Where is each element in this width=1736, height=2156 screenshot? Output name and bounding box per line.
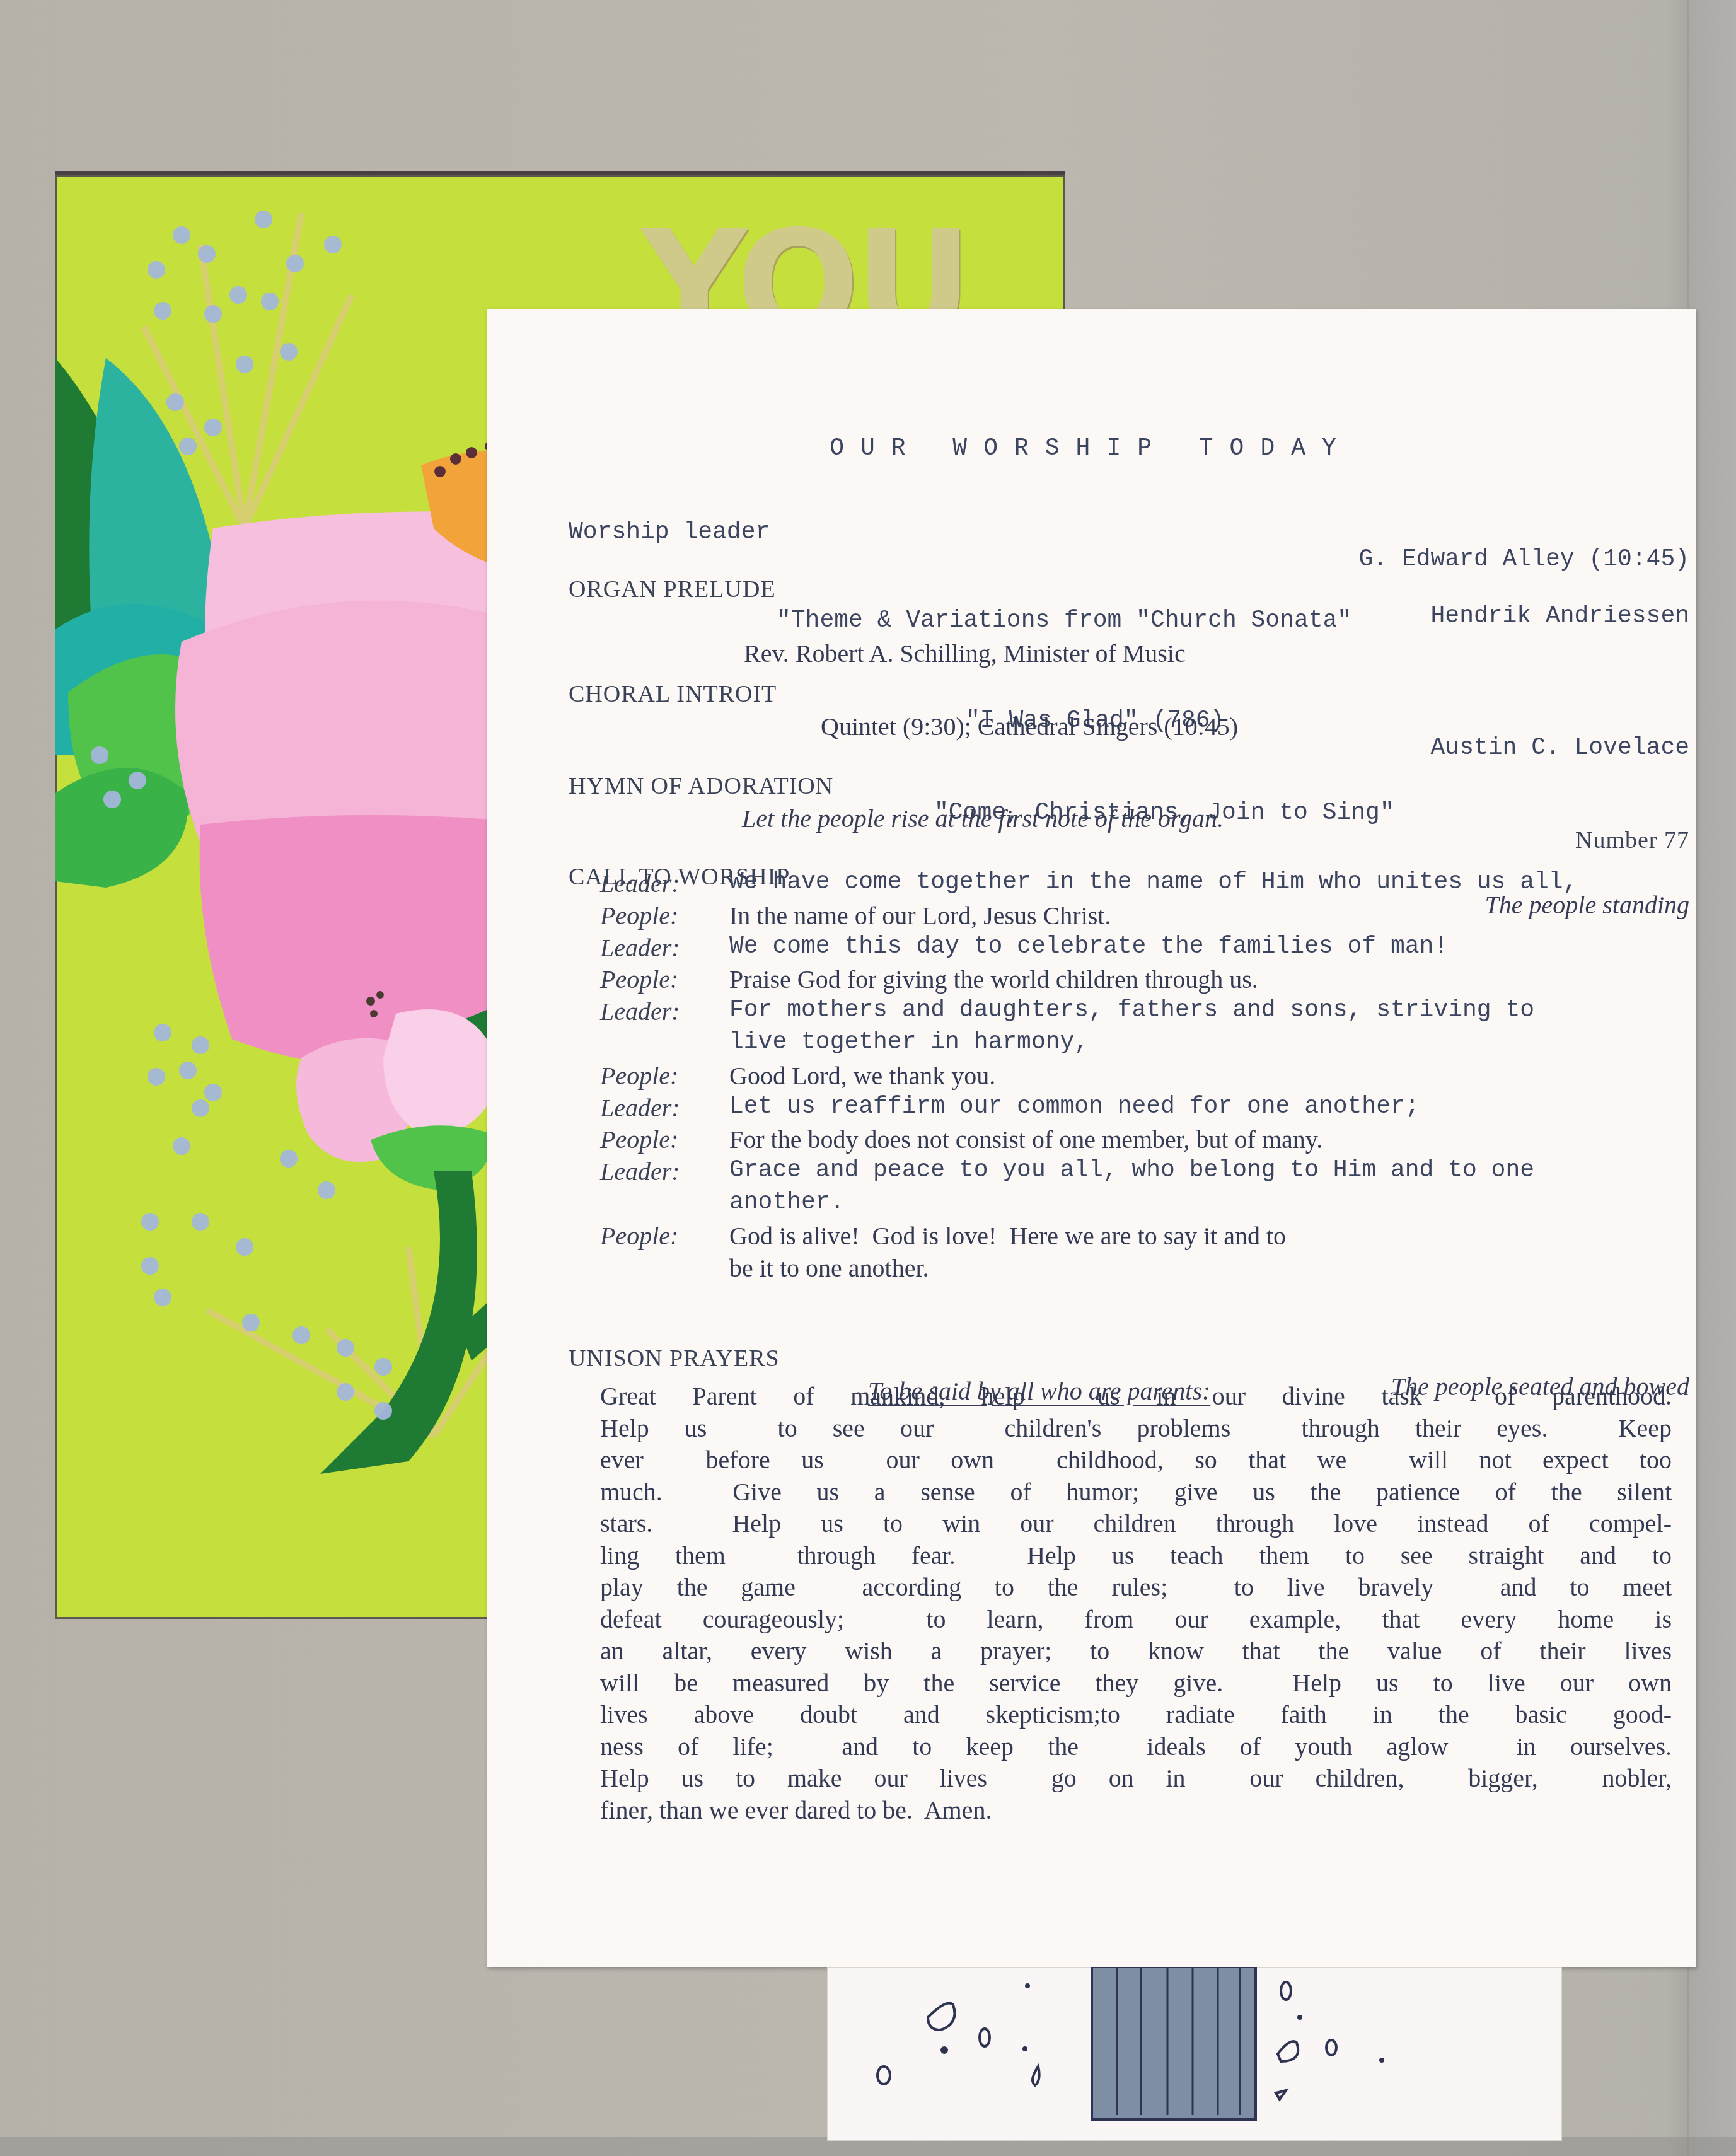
prayer-line: will be measured by the service they giv… [600,1667,1672,1700]
speaker-label: People: [600,1221,678,1251]
responsive-reading-text: We come this day to celebrate the famili… [729,933,1448,960]
prayer-line: ness of life; and to keep the ideals of … [600,1731,1672,1763]
speaker-label: People: [600,1061,678,1091]
responsive-reading-text: Good Lord, we thank you. [729,1061,995,1091]
prayer-line: much. Give us a sense of humor; give us … [600,1476,1672,1509]
prayer-line: lives above doubt and skepticism;to radi… [600,1699,1672,1731]
choral-introit-performers: Quintet (9:30); Cathedral Singers (10:45… [821,712,1238,741]
responsive-reading-text: Grace and peace to you all, who belong t… [729,1157,1534,1184]
responsive-reading-text: God is alive! God is love! Here we are t… [729,1221,1286,1251]
prayer-line: stars. Help us to win our children throu… [600,1508,1672,1540]
speaker-label: Leader: [600,1157,680,1186]
responsive-reading-text: Let us reaffirm our common need for one … [729,1093,1420,1120]
prayer-line: Help us to make our lives go on in our c… [600,1763,1672,1795]
responsive-reading-text: another. [729,1189,844,1216]
prayer-line: ling them through fear. Help us teach th… [600,1540,1672,1572]
prayer-line: an altar, every wish a prayer; to know t… [600,1635,1672,1667]
prayer-line: defeat courageously; to learn, from our … [600,1604,1672,1636]
speaker-label: Leader: [600,933,680,963]
responsive-reading-text: Praise God for giving the world children… [729,965,1258,994]
responsive-reading-text: We have come together in the name of Him… [729,869,1577,896]
speaker-label: Leader: [600,869,680,898]
ink-drawing-illustration [827,1967,1562,2141]
speaker-label: People: [600,1125,678,1154]
responsive-reading-text: For the body does not consist of one mem… [729,1125,1322,1154]
prayer-line: Help us to see our children's problems t… [600,1413,1672,1445]
speaker-label: Leader: [600,997,680,1026]
responsive-reading-text: In the name of our Lord, Jesus Christ. [729,901,1111,930]
prayer-line: Great Parent of mankind, help us in our … [600,1381,1672,1413]
worship-program-sheet: OUR WORSHIP TODAY Worship leader G. Edwa… [487,309,1696,1967]
speaker-label: People: [600,965,678,994]
prayer-line: play the game according to the rules; to… [600,1572,1672,1604]
responsive-reading-text: live together in harmony, [729,1029,1089,1056]
responsive-reading-text: be it to one another. [729,1253,929,1283]
bottom-illustrated-card [827,1967,1562,2141]
worship-leader-label: Worship leader [569,519,770,546]
prayer-line: ever before us our own childhood, so tha… [600,1444,1672,1476]
speaker-label: People: [600,901,678,930]
speaker-label: Leader: [600,1093,680,1123]
program-title: OUR WORSHIP TODAY [487,435,1696,462]
hymn-instruction: Let the people rise at the first note of… [742,804,1224,833]
responsive-reading-text: For mothers and daughters, fathers and s… [729,997,1534,1024]
prayer-line: finer, than we ever dared to be. Amen. [600,1795,1672,1827]
unison-prayer-text: Great Parent of mankind, help us in our … [600,1381,1672,1826]
